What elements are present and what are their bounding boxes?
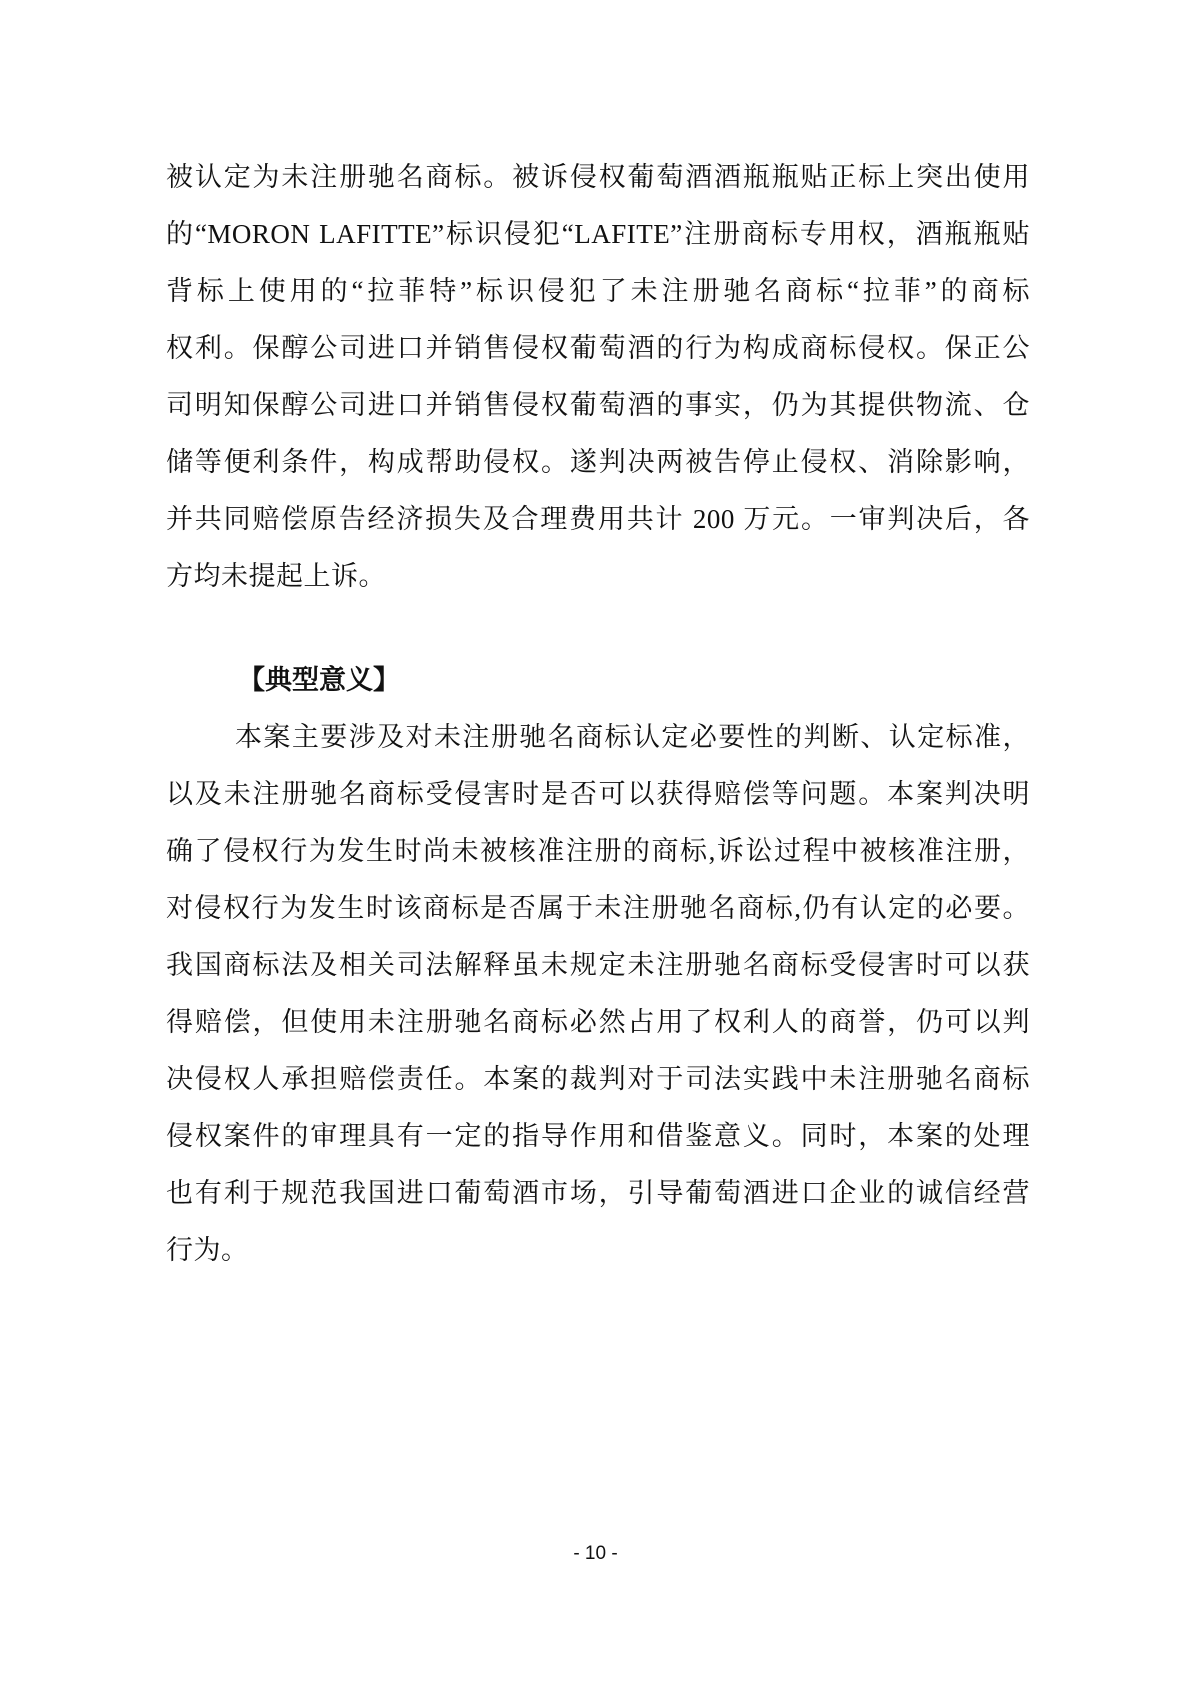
document-page: 被认定为未注册驰名商标。被诉侵权葡萄酒酒瓶瓶贴正标上突出使用的“MORON LA… — [0, 0, 1191, 1684]
text-line: 背标上使用的“拉菲特”标识侵犯了未注册驰名商标“拉菲”的商标 — [166, 263, 1030, 320]
document-body: 被认定为未注册驰名商标。被诉侵权葡萄酒酒瓶瓶贴正标上突出使用的“MORON LA… — [166, 149, 1030, 1279]
text-line: 司明知保醇公司进口并销售侵权葡萄酒的事实，仍为其提供物流、仓 — [166, 377, 1030, 434]
text-line: 并共同赔偿原告经济损失及合理费用共计 200 万元。一审判决后，各 — [166, 491, 1030, 548]
text-line: 决侵权人承担赔偿责任。本案的裁判对于司法实践中未注册驰名商标 — [166, 1051, 1030, 1108]
text-line: 侵权案件的审理具有一定的指导作用和借鉴意义。同时，本案的处理 — [166, 1108, 1030, 1165]
text-line: 本案主要涉及对未注册驰名商标认定必要性的判断、认定标准， — [166, 709, 1030, 766]
text-line: 也有利于规范我国进口葡萄酒市场，引导葡萄酒进口企业的诚信经营 — [166, 1165, 1030, 1222]
page-number: - 10 - — [0, 1543, 1191, 1565]
text-line: 方均未提起上诉。 — [166, 548, 1030, 605]
typical-significance-heading: 【典型意义】 — [166, 652, 1030, 709]
typical-significance-paragraph: 本案主要涉及对未注册驰名商标认定必要性的判断、认定标准，以及未注册驰名商标受侵害… — [166, 709, 1030, 1279]
text-line: 我国商标法及相关司法解释虽未规定未注册驰名商标受侵害时可以获 — [166, 937, 1030, 994]
text-line: 行为。 — [166, 1222, 1030, 1279]
text-line: 的“MORON LAFITTE”标识侵犯“LAFITE”注册商标专用权，酒瓶瓶贴 — [166, 206, 1030, 263]
judgment-summary-paragraph: 被认定为未注册驰名商标。被诉侵权葡萄酒酒瓶瓶贴正标上突出使用的“MORON LA… — [166, 149, 1030, 605]
text-line: 得赔偿，但使用未注册驰名商标必然占用了权利人的商誉，仍可以判 — [166, 994, 1030, 1051]
text-line: 以及未注册驰名商标受侵害时是否可以获得赔偿等问题。本案判决明 — [166, 766, 1030, 823]
text-line: 确了侵权行为发生时尚未被核准注册的商标,诉讼过程中被核准注册， — [166, 823, 1030, 880]
text-line: 被认定为未注册驰名商标。被诉侵权葡萄酒酒瓶瓶贴正标上突出使用 — [166, 149, 1030, 206]
text-line: 储等便利条件，构成帮助侵权。遂判决两被告停止侵权、消除影响， — [166, 434, 1030, 491]
text-line: 权利。保醇公司进口并销售侵权葡萄酒的行为构成商标侵权。保正公 — [166, 320, 1030, 377]
text-line: 对侵权行为发生时该商标是否属于未注册驰名商标,仍有认定的必要。 — [166, 880, 1030, 937]
